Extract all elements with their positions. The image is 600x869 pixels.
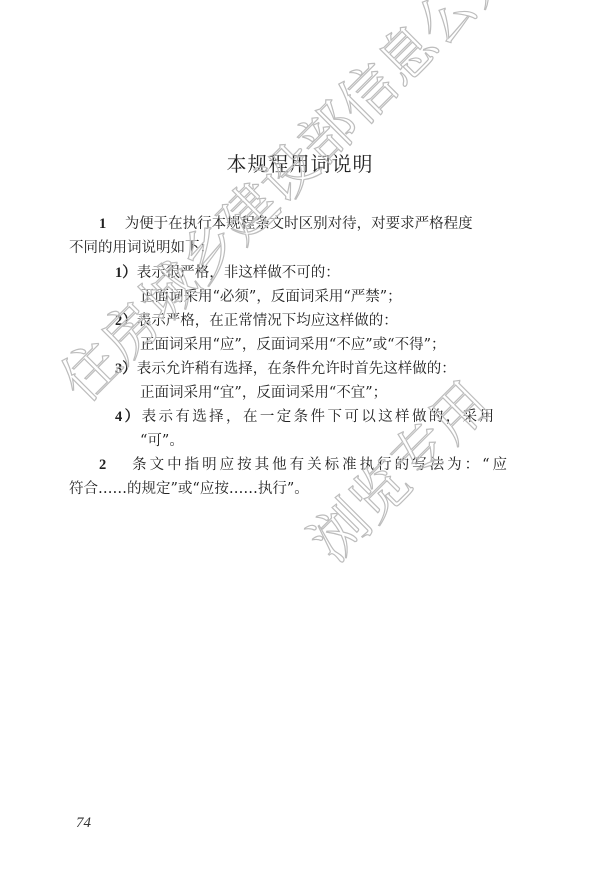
clause-2-line-2: 符合……的规定”或“应按……执行”。 xyxy=(69,477,309,498)
clause-text: 条文中指明应按其他有关标准执行的写法为：“应 xyxy=(132,457,510,473)
clause-text: 为便于在执行本规程条文时区别对待，对要求严格程度 xyxy=(125,216,473,232)
item-desc: 表示严格，在正常情况下均应这样做的： xyxy=(137,313,398,329)
item-desc: 表示很严格，非这样做不可的： xyxy=(137,265,340,281)
clause-number: 2 xyxy=(99,457,109,473)
watermark-text-1: 住房城乡建设部信息公开 xyxy=(40,0,532,417)
item-number: 4） xyxy=(115,409,142,425)
list-item-3: 3）表示允许稍有选择，在条件允许时首先这样做的： xyxy=(115,357,456,378)
item-desc: 表示允许稍有选择，在条件允许时首先这样做的： xyxy=(137,361,456,377)
clause-2-line-1: 2 条文中指明应按其他有关标准执行的写法为：“应 xyxy=(99,453,510,474)
list-item-1: 1）表示很严格，非这样做不可的： xyxy=(115,261,340,282)
list-item-4-usage: “可”。 xyxy=(140,429,184,450)
list-item-4: 4）表示有选择，在一定条件下可以这样做的，采用 xyxy=(115,405,496,426)
clause-number: 1 xyxy=(99,216,106,232)
list-item-3-usage: 正面词采用“宜”，反面词采用“不宜”； xyxy=(140,381,387,402)
item-number: 3） xyxy=(115,361,137,377)
list-item-2: 2）表示严格，在正常情况下均应这样做的： xyxy=(115,309,398,330)
item-desc: 表示有选择，在一定条件下可以这样做的，采用 xyxy=(142,409,497,425)
clause-1-line-1: 1 为便于在执行本规程条文时区别对待，对要求严格程度 xyxy=(99,212,473,233)
page-title: 本规程用词说明 xyxy=(0,148,600,177)
list-item-2-usage: 正面词采用“应”，反面词采用“不应”或“不得”； xyxy=(140,333,445,354)
page-number: 74 xyxy=(76,815,91,832)
item-number: 2） xyxy=(115,313,137,329)
item-number: 1） xyxy=(115,265,137,281)
list-item-1-usage: 正面词采用“必须”，反面词采用“严禁”； xyxy=(140,285,402,306)
clause-1-line-2: 不同的用词说明如下： xyxy=(69,236,214,257)
